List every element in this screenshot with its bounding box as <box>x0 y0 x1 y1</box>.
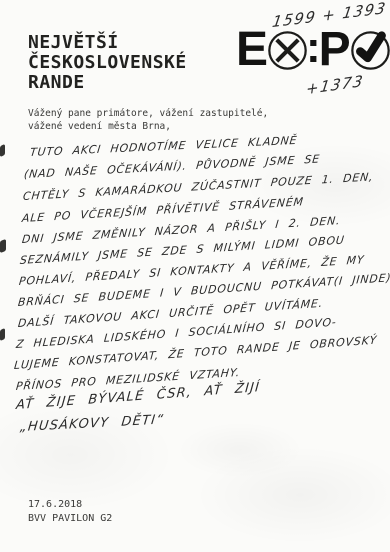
salutation: Vážený pane primátore, vážení zastupitel… <box>28 108 268 133</box>
event-venue: BVV PAVILON G2 <box>28 512 112 526</box>
page-title-line-2: ČESKOSLOVENSKÉ <box>28 53 187 73</box>
salutation-line-1: Vážený pane primátore, vážení zastupitel… <box>28 108 268 121</box>
handwritten-line: „HUSÁKOVY DĚTI“ <box>19 412 165 435</box>
scan-artifact <box>0 328 5 341</box>
event-date: 17.6.2018 <box>28 498 112 512</box>
expo-logo: E : P <box>236 27 390 73</box>
x-circle-icon <box>267 30 308 71</box>
page-title: NEJVĚTŠÍ ČESKOSLOVENSKÉ RANDE <box>28 33 187 93</box>
salutation-line-2: vážené vedení města Brna, <box>28 121 268 134</box>
page-title-line-1: NEJVĚTŠÍ <box>28 33 187 53</box>
logo-colon: : <box>306 26 319 70</box>
handwritten-tally-bottom: +1373 <box>305 72 365 99</box>
check-circle-icon <box>350 30 390 71</box>
page-title-line-3: RANDE <box>28 73 187 93</box>
scan-artifact <box>0 239 6 253</box>
scanned-letter-page: NEJVĚTŠÍ ČESKOSLOVENSKÉ RANDE 1599 + 139… <box>0 0 390 552</box>
logo-letter-p: P <box>319 28 349 72</box>
logo-letter-e: E <box>236 28 266 72</box>
scan-artifact <box>0 144 5 157</box>
event-info: 17.6.2018 BVV PAVILON G2 <box>28 498 112 526</box>
